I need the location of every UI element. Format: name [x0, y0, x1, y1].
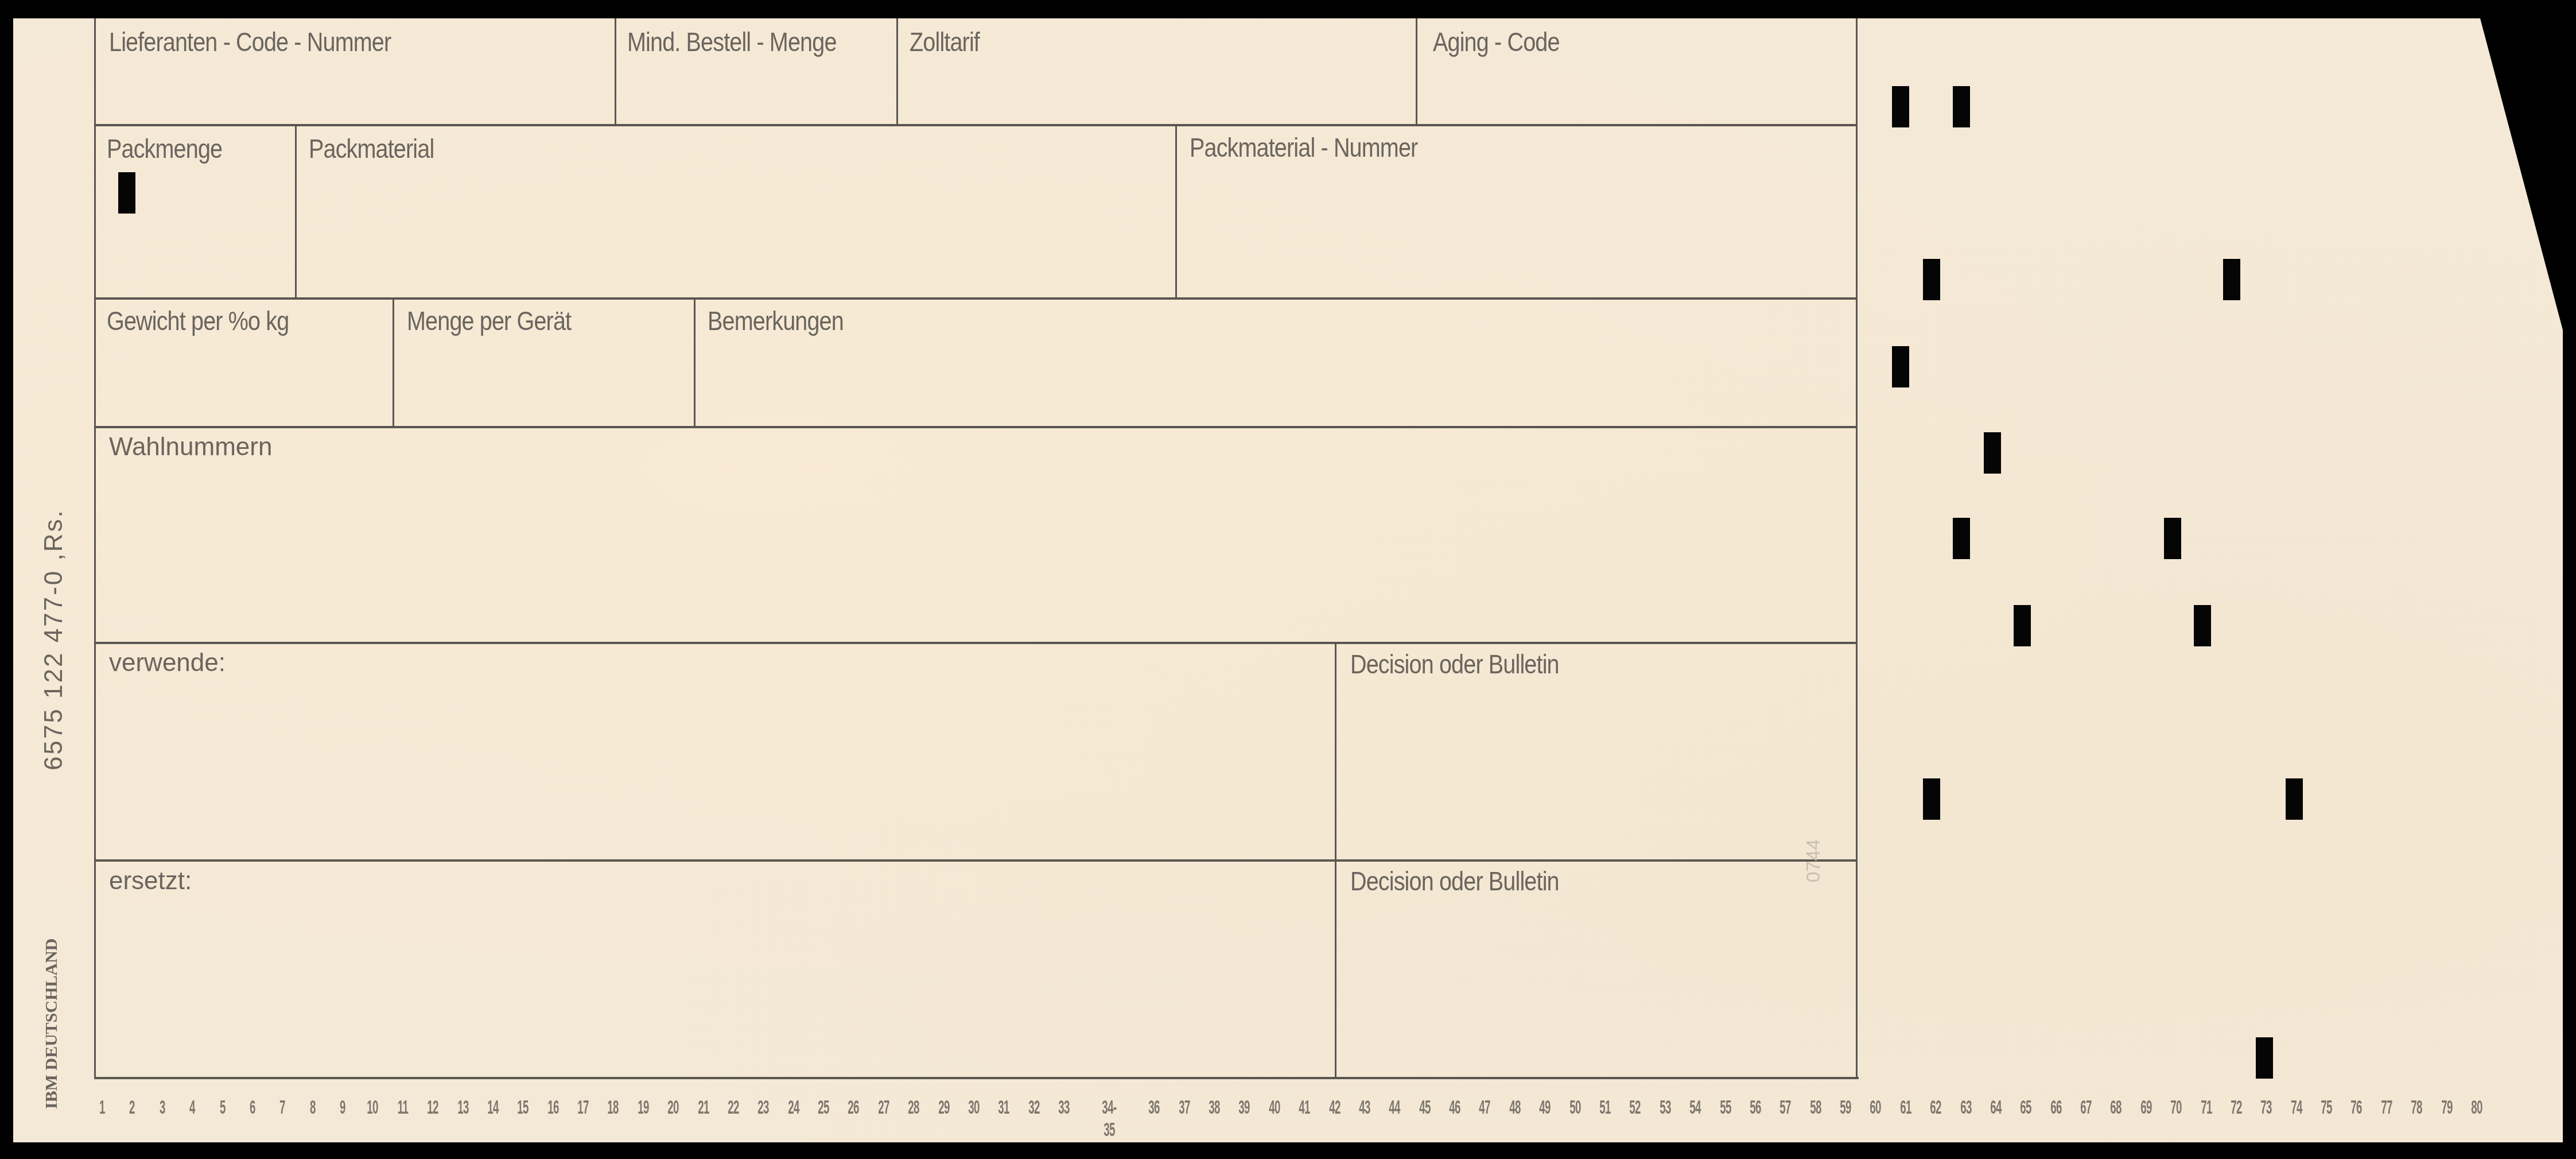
label-mind-bestell-menge: Mind. Bestell - Menge	[627, 26, 837, 57]
rule-form-left	[94, 18, 96, 1079]
column-number: 67	[2080, 1096, 2092, 1119]
punch-hole	[1892, 86, 1909, 127]
label-lieferanten-code-nummer: Lieferanten - Code - Nummer	[109, 26, 391, 57]
rule-form-bottom	[94, 1077, 1859, 1079]
column-number: 2	[126, 1096, 138, 1119]
column-number: 57	[1779, 1096, 1792, 1119]
column-number: 64	[1990, 1096, 2002, 1119]
label-gewicht: Gewicht per %o kg	[107, 305, 289, 336]
rule-r3-c1	[393, 299, 394, 427]
punch-hole	[1923, 778, 1940, 820]
column-number: 27	[877, 1096, 890, 1119]
column-number: 13	[457, 1096, 469, 1119]
punch-hole	[1892, 346, 1909, 387]
column-number: 51	[1599, 1096, 1611, 1119]
column-number: 55	[1719, 1096, 1732, 1119]
label-packmaterial: Packmaterial	[309, 133, 434, 164]
column-number: 21	[697, 1096, 710, 1119]
column-number: 77	[2380, 1096, 2393, 1119]
column-number: 43	[1358, 1096, 1371, 1119]
rule-r3-c2	[694, 299, 696, 427]
column-number: 5	[216, 1096, 229, 1119]
column-number: 41	[1298, 1096, 1311, 1119]
rule-form-right	[1856, 18, 1858, 1079]
column-number: 18	[607, 1096, 619, 1119]
column-number: 58	[1809, 1096, 1822, 1119]
column-number: 15	[516, 1096, 529, 1119]
column-number: 75	[2320, 1096, 2333, 1119]
column-number: 32	[1028, 1096, 1040, 1119]
label-verwende: verwende:	[109, 649, 226, 677]
punch-hole	[2014, 605, 2031, 646]
column-number: 45	[1419, 1096, 1431, 1119]
column-number: 66	[2050, 1096, 2062, 1119]
punch-hole	[1984, 432, 2001, 474]
punch-hole	[1923, 259, 1940, 300]
label-zolltarif: Zolltarif	[910, 26, 980, 57]
rule-r2-c2	[1175, 125, 1177, 299]
column-number: 12	[426, 1096, 439, 1119]
column-number: 59	[1839, 1096, 1852, 1119]
label-ersetzt: ersetzt:	[109, 867, 192, 896]
column-number: 28	[907, 1096, 920, 1119]
column-number: 47	[1478, 1096, 1491, 1119]
column-number: 1	[96, 1096, 108, 1119]
column-number: 3	[156, 1096, 169, 1119]
column-number: 4	[186, 1096, 199, 1119]
column-number: 44	[1388, 1096, 1401, 1119]
punch-hole	[2256, 1037, 2273, 1079]
form-number-text: 6575 122 477-0 ,Rs.	[40, 509, 68, 770]
column-number: 53	[1659, 1096, 1672, 1119]
column-number: 10	[366, 1096, 379, 1119]
column-number: 72	[2230, 1096, 2243, 1119]
punch-hole	[1953, 518, 1970, 559]
column-number: 24	[787, 1096, 800, 1119]
column-number: 37	[1178, 1096, 1191, 1119]
column-number: 39	[1238, 1096, 1250, 1119]
column-number: 19	[637, 1096, 650, 1119]
column-number: 46	[1448, 1096, 1461, 1119]
label-bemerkungen: Bemerkungen	[708, 305, 844, 336]
column-number: 30	[968, 1096, 980, 1119]
label-decision-oder-bulletin-1: Decision oder Bulletin	[1350, 649, 1559, 680]
column-number: 7	[276, 1096, 289, 1119]
pencil-mark: 0744	[1802, 839, 1825, 883]
column-number: 70	[2170, 1096, 2182, 1119]
column-number: 8	[306, 1096, 319, 1119]
column-number: 11	[397, 1096, 409, 1119]
punch-hole	[2286, 778, 2303, 820]
column-number: 56	[1749, 1096, 1762, 1119]
rule-row2-bottom	[94, 297, 1857, 300]
column-number: 6	[246, 1096, 259, 1119]
column-number: 34-35	[1097, 1096, 1122, 1141]
rule-r1-c2	[896, 18, 898, 125]
column-number: 76	[2350, 1096, 2363, 1119]
punch-hole	[2223, 259, 2240, 300]
rule-row5-bottom	[94, 859, 1857, 862]
column-number: 38	[1208, 1096, 1221, 1119]
column-number: 31	[997, 1096, 1010, 1119]
column-number: 36	[1148, 1096, 1160, 1119]
rule-r2-c1	[295, 125, 297, 299]
rule-row1-bottom	[94, 124, 1857, 126]
column-number: 48	[1509, 1096, 1521, 1119]
column-number: 71	[2200, 1096, 2213, 1119]
column-number: 29	[938, 1096, 950, 1119]
column-number: 42	[1328, 1096, 1341, 1119]
column-number: 65	[2019, 1096, 2032, 1119]
column-number: 49	[1538, 1096, 1551, 1119]
manufacturer-text: IBM DEUTSCHLAND	[42, 938, 61, 1109]
column-number: 62	[1929, 1096, 1942, 1119]
column-number: 23	[757, 1096, 770, 1119]
column-number: 52	[1629, 1096, 1641, 1119]
column-number: 25	[817, 1096, 830, 1119]
rule-row4-bottom	[94, 642, 1857, 644]
column-number: 73	[2260, 1096, 2272, 1119]
column-number: 63	[1960, 1096, 1972, 1119]
rule-r1-c3	[1416, 18, 1417, 125]
column-number: 68	[2109, 1096, 2122, 1119]
label-decision-oder-bulletin-2: Decision oder Bulletin	[1350, 866, 1559, 897]
column-number: 61	[1899, 1096, 1912, 1119]
rule-row3-bottom	[94, 426, 1857, 428]
column-number: 20	[667, 1096, 679, 1119]
label-packmaterial-nummer: Packmaterial - Nummer	[1190, 132, 1417, 163]
punch-hole	[2194, 605, 2211, 646]
punch-hole	[2164, 518, 2181, 559]
rule-r1-c1	[615, 18, 616, 125]
column-number: 33	[1058, 1096, 1070, 1119]
column-number: 40	[1268, 1096, 1281, 1119]
label-menge-per-geraet: Menge per Gerät	[407, 305, 571, 336]
punch-hole	[118, 172, 135, 214]
column-number: 69	[2140, 1096, 2153, 1119]
column-number: 80	[2470, 1096, 2483, 1119]
label-wahlnummern: Wahlnummern	[109, 433, 272, 462]
label-packmenge: Packmenge	[107, 133, 222, 164]
column-number: 74	[2290, 1096, 2303, 1119]
label-aging-code: Aging - Code	[1433, 26, 1560, 57]
column-number: 54	[1689, 1096, 1701, 1119]
column-number: 9	[336, 1096, 349, 1119]
column-number: 17	[577, 1096, 589, 1119]
column-number: 79	[2441, 1096, 2453, 1119]
column-number: 60	[1869, 1096, 1882, 1119]
punch-card: Lieferanten - Code - Nummer Mind. Bestel…	[13, 18, 2563, 1142]
column-number: 50	[1569, 1096, 1582, 1119]
punch-hole	[1953, 86, 1970, 127]
column-number: 16	[547, 1096, 560, 1119]
column-number: 14	[487, 1096, 499, 1119]
column-number: 22	[727, 1096, 740, 1119]
rule-r5-c1	[1335, 643, 1336, 1078]
column-number: 78	[2410, 1096, 2423, 1119]
column-number: 26	[847, 1096, 860, 1119]
